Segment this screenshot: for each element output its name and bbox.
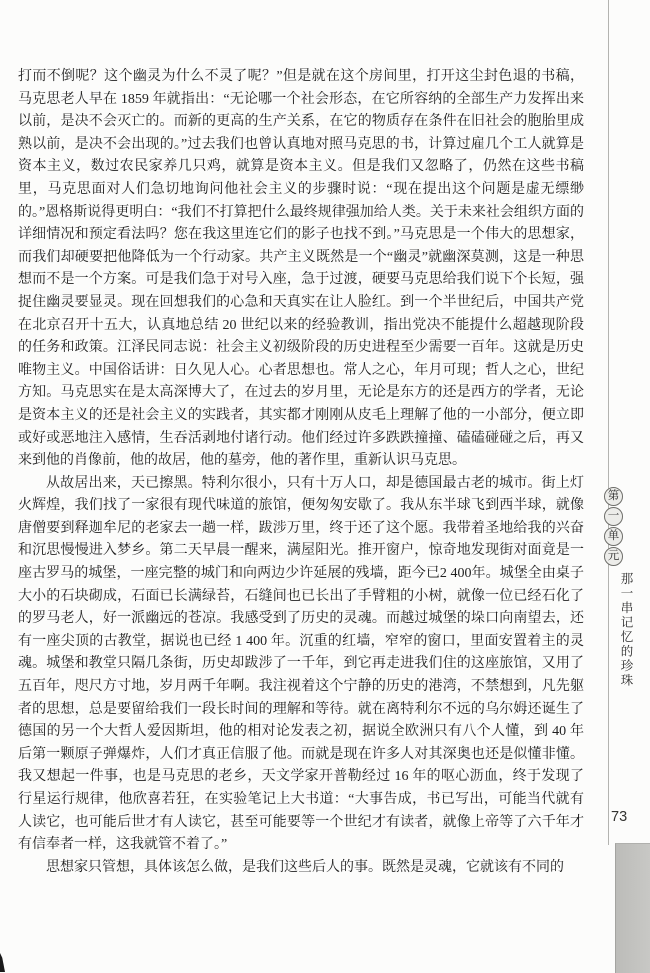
book-page-scan: 打而不倒呢？这个幽灵为什么不灵了呢？”但是就在这个房间里，打开这尘封色退的书稿，… bbox=[0, 0, 650, 973]
unit-badge-char: 第 bbox=[604, 487, 623, 506]
paragraph-continued: 打而不倒呢？这个幽灵为什么不灵了呢？”但是就在这个房间里，打开这尘封色退的书稿，… bbox=[18, 66, 584, 473]
page-edge-shadow bbox=[615, 843, 650, 973]
unit-badge-char: 一 bbox=[604, 507, 623, 526]
unit-badge-char: 元 bbox=[604, 547, 623, 566]
page-number: 73 bbox=[611, 809, 627, 825]
sidebar-rule bbox=[608, 0, 609, 845]
paragraph: 思想家只管想，具体该怎么做，是我们这些后人的事。既然是灵魂，它就该有不同的 bbox=[18, 857, 584, 880]
scan-artifact bbox=[0, 953, 5, 972]
unit-badge-char: 单 bbox=[604, 527, 623, 546]
main-text: 打而不倒呢？这个幽灵为什么不灵了呢？”但是就在这个房间里，打开这尘封色退的书稿，… bbox=[18, 66, 584, 879]
paragraph: 从故居出来，天已擦黑。特利尔很小，只有十万人口，却是德国最古老的城市。街上灯火辉… bbox=[18, 473, 584, 857]
unit-title-vertical: 那一串记忆的珍珠 bbox=[617, 572, 635, 692]
